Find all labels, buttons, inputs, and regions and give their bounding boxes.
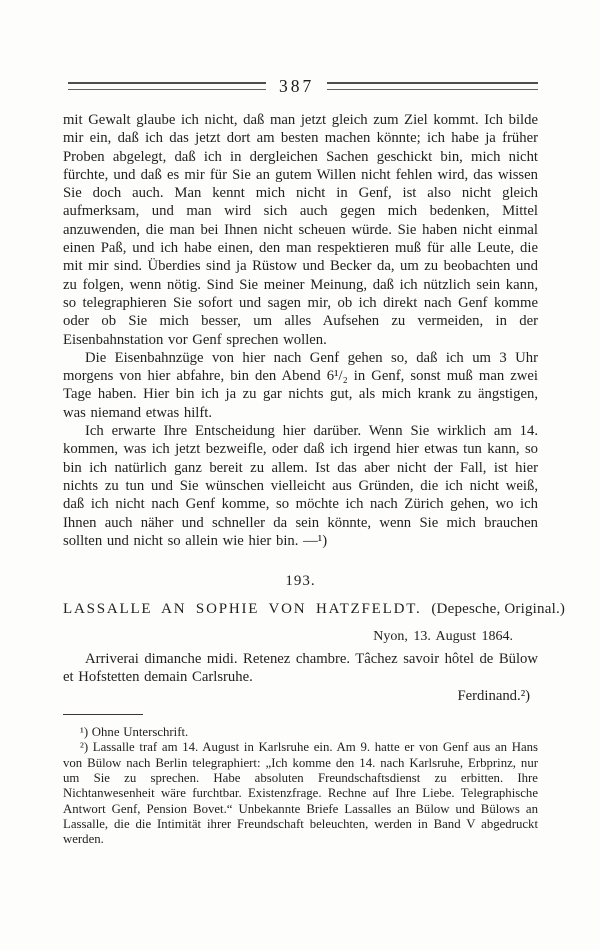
letter-paragraph: Ich erwarte Ihre Entscheidung hier darüb… xyxy=(63,422,538,550)
section-number: 193. xyxy=(63,572,538,590)
signature: Ferdinand.²) xyxy=(63,687,538,705)
section-title: LASSALLE AN SOPHIE VON HATZFELDT. (Depes… xyxy=(63,600,538,619)
footnote-separator xyxy=(63,714,143,715)
letter-paragraph: Die Eisenbahnzüge von hier nach Genf geh… xyxy=(63,349,538,422)
telegram-text: Arriverai dimanche midi. Retenez chambre… xyxy=(63,650,538,687)
section-title-annotation: (Depesche, Original.) xyxy=(431,601,565,617)
footnotes: ¹) Ohne Unterschrift. ²) Lassalle traf a… xyxy=(63,725,538,847)
footnote-item: ²) Lassalle traf am 14. August in Karlsr… xyxy=(63,740,538,847)
book-page: 387 mit Gewalt glaube ich nicht, daß man… xyxy=(0,0,600,950)
page-header: 387 xyxy=(63,74,538,98)
dateline: Nyon, 13. August 1864. xyxy=(63,628,538,645)
page-number: 387 xyxy=(266,76,327,97)
letter-paragraph-continuation: mit Gewalt glaube ich nicht, daß man jet… xyxy=(63,111,538,349)
section-title-text: LASSALLE AN SOPHIE VON HATZFELDT. xyxy=(63,601,422,617)
footnote-item: ¹) Ohne Unterschrift. xyxy=(63,725,538,740)
header-rule-left xyxy=(68,82,266,90)
telegram-section: 193. LASSALLE AN SOPHIE VON HATZFELDT. (… xyxy=(63,572,538,705)
header-rule-right xyxy=(327,82,538,90)
letter-body: mit Gewalt glaube ich nicht, daß man jet… xyxy=(63,111,538,550)
